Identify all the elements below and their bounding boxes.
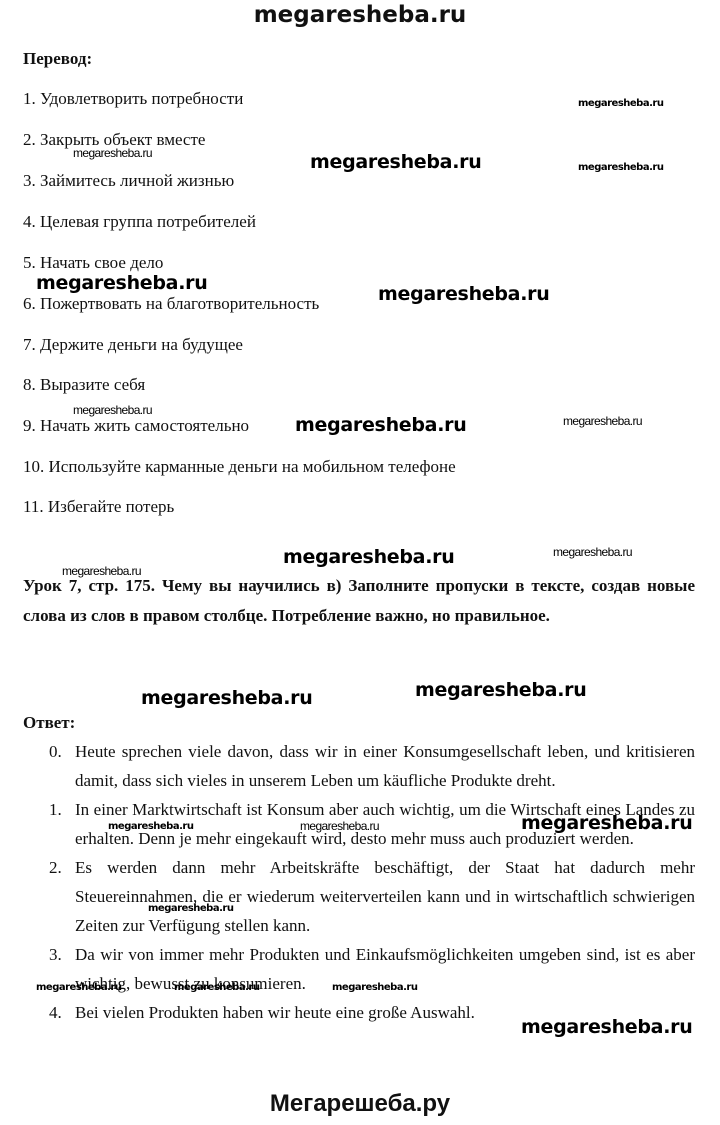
answer-number: 2. xyxy=(49,853,62,882)
answer-number: 3. xyxy=(49,940,62,969)
translation-item: 6. Пожертвовать на благотворительность xyxy=(23,294,319,314)
translation-item: 10. Используйте карманные деньги на моби… xyxy=(23,457,456,477)
translation-item: 7. Держите деньги на будущее xyxy=(23,335,243,355)
answer-text: Heute sprechen viele davon, dass wir in … xyxy=(75,742,695,790)
translation-item: 11. Избегайте потерь xyxy=(23,497,174,517)
watermark: megaresheba.ru xyxy=(521,1016,692,1038)
watermark: megaresheba.ru xyxy=(36,272,207,294)
answer-number: 1. xyxy=(49,795,62,824)
watermark: megaresheba.ru xyxy=(174,982,259,993)
watermark: megaresheba.ru xyxy=(295,414,466,436)
translation-item: 5. Начать свое дело xyxy=(23,253,163,273)
watermark: megaresheba.ru xyxy=(378,283,549,305)
site-footer-logo: Мегарешеба.ру xyxy=(0,1090,720,1118)
watermark: megaresheba.ru xyxy=(415,679,586,701)
watermark: megaresheba.ru xyxy=(578,98,663,109)
watermark: megaresheba.ru xyxy=(521,812,692,834)
watermark: megaresheba.ru xyxy=(73,146,152,160)
site-header-watermark: megaresheba.ru xyxy=(0,2,720,28)
watermark: megaresheba.ru xyxy=(283,546,454,568)
translation-item: 1. Удовлетворить потребности xyxy=(23,89,243,109)
answer-item: 2.Es werden dann mehr Arbeitskräfte besc… xyxy=(23,853,695,940)
watermark: megaresheba.ru xyxy=(300,819,379,833)
answer-number: 4. xyxy=(49,998,62,1027)
watermark: megaresheba.ru xyxy=(108,821,193,832)
watermark: megaresheba.ru xyxy=(563,414,642,428)
watermark: megaresheba.ru xyxy=(141,687,312,709)
translation-item: 8. Выразите себя xyxy=(23,375,145,395)
watermark: megaresheba.ru xyxy=(73,403,152,417)
task-description: Урок 7, стр. 175. Чему вы научились в) З… xyxy=(23,571,695,631)
translation-item: 9. Начать жить самостоятельно xyxy=(23,416,249,436)
watermark: megaresheba.ru xyxy=(148,903,233,914)
watermark: megaresheba.ru xyxy=(578,162,663,173)
translation-item: 4. Целевая группа потребителей xyxy=(23,212,256,232)
watermark: megaresheba.ru xyxy=(36,982,121,993)
watermark: megaresheba.ru xyxy=(310,151,481,173)
watermark: megaresheba.ru xyxy=(553,545,632,559)
answer-heading: Ответ: xyxy=(23,713,75,733)
answer-item: 0.Heute sprechen viele davon, dass wir i… xyxy=(23,737,695,795)
answer-text: Bei vielen Produkten haben wir heute ein… xyxy=(75,1003,475,1022)
translation-heading: Перевод: xyxy=(23,49,92,69)
watermark: megaresheba.ru xyxy=(62,564,141,578)
watermark: megaresheba.ru xyxy=(332,982,417,993)
translation-item: 3. Займитесь личной жизнью xyxy=(23,171,234,191)
answer-number: 0. xyxy=(49,737,62,766)
answer-text: Es werden dann mehr Arbeitskräfte beschä… xyxy=(75,858,695,935)
